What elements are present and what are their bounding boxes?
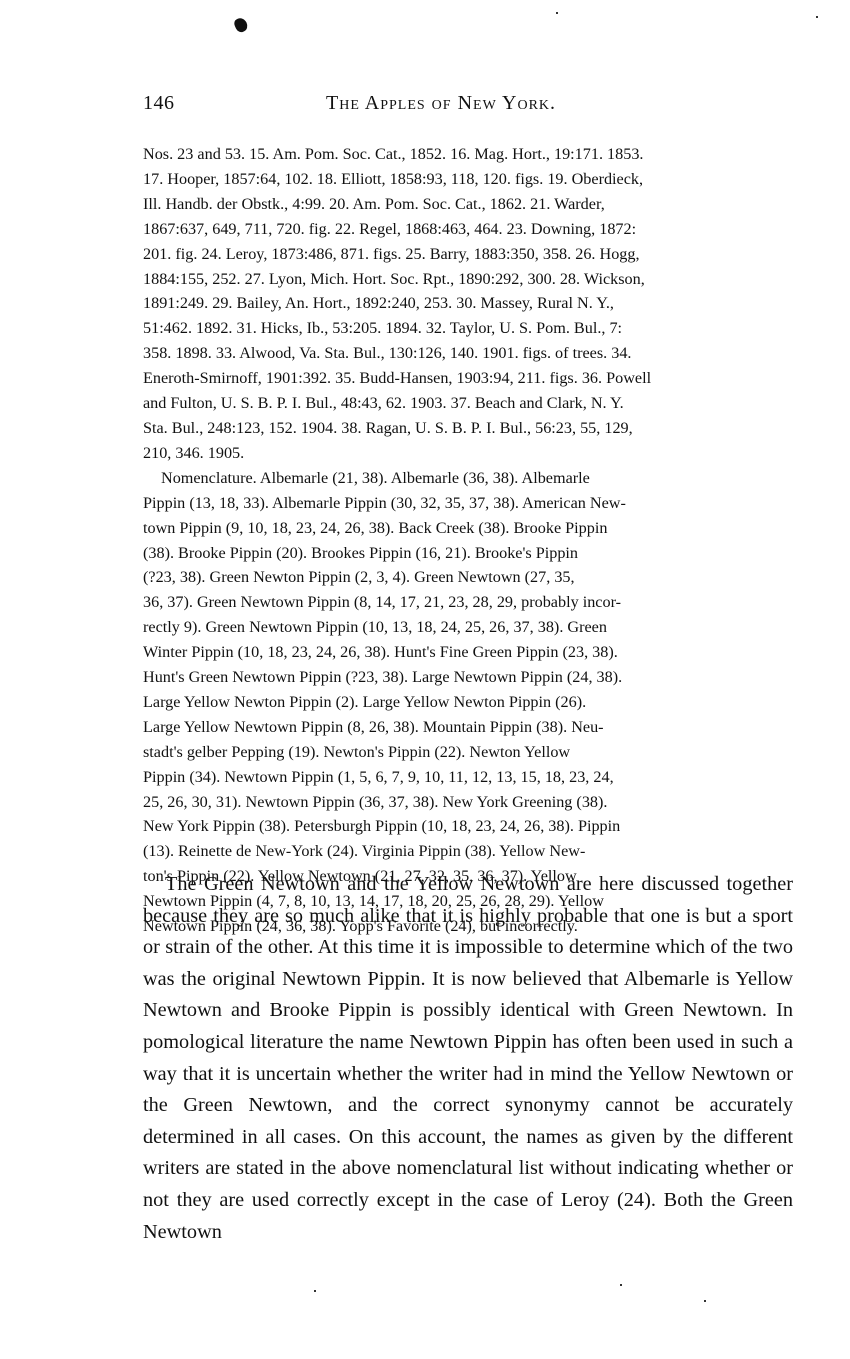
reference-line: 1884:155, 252. 27. Lyon, Mich. Hort. Soc… xyxy=(143,267,793,292)
nomenclature-line: Pippin (13, 18, 33). Albemarle Pippin (3… xyxy=(143,491,793,516)
nomenclature-line: 25, 26, 30, 31). Newtown Pippin (36, 37,… xyxy=(143,790,793,815)
nomenclature-line: New York Pippin (38). Petersburgh Pippin… xyxy=(143,814,793,839)
nomenclature-line: (?23, 38). Green Newton Pippin (2, 3, 4)… xyxy=(143,565,793,590)
nomenclature-line: 36, 37). Green Newtown Pippin (8, 14, 17… xyxy=(143,590,793,615)
scan-speck xyxy=(704,1300,706,1302)
references-list: Nos. 23 and 53. 15. Am. Pom. Soc. Cat., … xyxy=(143,142,793,466)
reference-line: 358. 1898. 33. Alwood, Va. Sta. Bul., 13… xyxy=(143,341,793,366)
nomenclature-line: (13). Reinette de New-York (24). Virgini… xyxy=(143,839,793,864)
running-head: The Apples of New York. xyxy=(326,92,556,115)
body-paragraph: The Green Newtown and the Yellow Newtown… xyxy=(143,869,793,1248)
nomenclature-line: (38). Brooke Pippin (20). Brookes Pippin… xyxy=(143,541,793,566)
page-header: 146 The Apples of New York. xyxy=(143,92,793,120)
reference-line: Eneroth-Smirnoff, 1901:392. 35. Budd-Han… xyxy=(143,366,793,391)
reference-line: 1867:637, 649, 711, 720. fig. 22. Regel,… xyxy=(143,217,793,242)
nomenclature-line: Nomenclature. Albemarle (21, 38). Albema… xyxy=(143,466,793,491)
nomenclature-line: rectly 9). Green Newtown Pippin (10, 13,… xyxy=(143,615,793,640)
reference-line: and Fulton, U. S. B. P. I. Bul., 48:43, … xyxy=(143,391,793,416)
scan-speck xyxy=(620,1284,622,1286)
reference-line: 201. fig. 24. Leroy, 1873:486, 871. figs… xyxy=(143,242,793,267)
reference-line: Nos. 23 and 53. 15. Am. Pom. Soc. Cat., … xyxy=(143,142,793,167)
page-number: 146 xyxy=(143,92,175,115)
nomenclature-line: stadt's gelber Pepping (19). Newton's Pi… xyxy=(143,740,793,765)
nomenclature-line: Large Yellow Newtown Pippin (8, 26, 38).… xyxy=(143,715,793,740)
reference-line: 1891:249. 29. Bailey, An. Hort., 1892:24… xyxy=(143,291,793,316)
nomenclature-line: town Pippin (9, 10, 18, 23, 24, 26, 38).… xyxy=(143,516,793,541)
reference-line: 51:462. 1892. 31. Hicks, Ib., 53:205. 18… xyxy=(143,316,793,341)
scan-speck xyxy=(556,12,558,14)
scan-speck xyxy=(816,16,818,18)
nomenclature-line: Large Yellow Newton Pippin (2). Large Ye… xyxy=(143,690,793,715)
reference-line: 210, 346. 1905. xyxy=(143,441,793,466)
nomenclature-line: Hunt's Green Newtown Pippin (?23, 38). L… xyxy=(143,665,793,690)
reference-line: Ill. Handb. der Obstk., 4:99. 20. Am. Po… xyxy=(143,192,793,217)
scan-speck xyxy=(314,1290,316,1292)
reference-line: Sta. Bul., 248:123, 152. 1904. 38. Ragan… xyxy=(143,416,793,441)
reference-line: 17. Hooper, 1857:64, 102. 18. Elliott, 1… xyxy=(143,167,793,192)
body-text: The Green Newtown and the Yellow Newtown… xyxy=(143,869,793,1248)
ink-blot-mark xyxy=(233,16,250,34)
nomenclature-line: Pippin (34). Newtown Pippin (1, 5, 6, 7,… xyxy=(143,765,793,790)
references-and-nomenclature: Nos. 23 and 53. 15. Am. Pom. Soc. Cat., … xyxy=(143,142,793,939)
nomenclature-line: Winter Pippin (10, 18, 23, 24, 26, 38). … xyxy=(143,640,793,665)
